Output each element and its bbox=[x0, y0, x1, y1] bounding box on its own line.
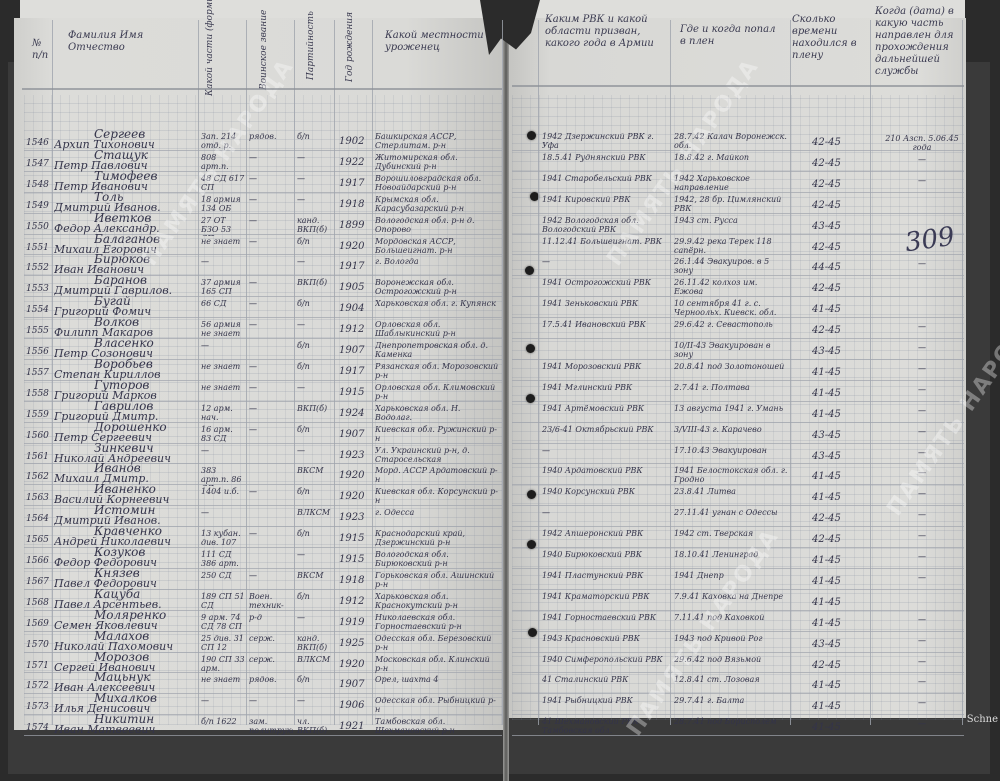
cell-birthplace: Орел, шахта 4 bbox=[375, 675, 499, 695]
column-rule bbox=[52, 20, 53, 725]
cell-drafted: — bbox=[542, 508, 668, 528]
cell-party: б/п bbox=[297, 675, 333, 695]
binding-hole bbox=[528, 628, 537, 637]
cell-captivity: 44-45 bbox=[812, 262, 870, 273]
cell-captured: 1942 Харьковское направление bbox=[674, 174, 788, 194]
binding-hole bbox=[525, 266, 534, 275]
cell-party: б/п bbox=[297, 237, 333, 257]
cell-note: 210 Азсп. 5.06.45 года bbox=[882, 134, 962, 152]
cell-birthplace: Краснодарский край, Дзержинский р-н bbox=[375, 529, 499, 549]
cell-captivity: 41-45 bbox=[812, 492, 870, 503]
cell-birthplace: Житомирская обл. Дубинский р-н bbox=[375, 153, 499, 173]
cell-drafted: 23/6-41 Октябрьский РВК bbox=[542, 425, 668, 445]
cell-rank bbox=[249, 550, 293, 570]
cell-captivity: 42-45 bbox=[812, 325, 870, 336]
cell-unit: 13 кубан. див. 107 кав.п. bbox=[201, 529, 245, 549]
row-number: 1557 bbox=[26, 368, 54, 378]
cell-note: — bbox=[882, 259, 962, 277]
cell-party: канд. ВКП(б) bbox=[297, 634, 333, 654]
cell-note: — bbox=[882, 364, 962, 382]
cell-party: — bbox=[297, 153, 333, 173]
column-rule bbox=[962, 20, 963, 725]
column-header-note: Когда (дата) в какую часть направлен для… bbox=[875, 6, 961, 78]
cell-rank: — bbox=[249, 195, 293, 215]
cell-captivity: 42-45 bbox=[812, 513, 870, 524]
cell-note: — bbox=[882, 657, 962, 675]
cell-rank: р-д bbox=[249, 613, 293, 633]
cell-party: — bbox=[297, 696, 333, 716]
cell-rank: серж. bbox=[249, 655, 293, 675]
column-header-captured: Где и когда попал в плен bbox=[680, 24, 780, 48]
cell-drafted: 1941 Морозовский РВК bbox=[542, 362, 668, 382]
cell-birthplace: г. Одесса bbox=[375, 508, 499, 528]
cell-rank bbox=[249, 341, 293, 361]
cell-unit: не знает bbox=[201, 675, 245, 695]
cell-captivity: 41-45 bbox=[812, 680, 870, 691]
cell-party: б/п bbox=[297, 529, 333, 549]
row-number: 1567 bbox=[26, 577, 54, 587]
cell-captured: 23.8.41 Литва bbox=[674, 487, 788, 507]
cell-rank: — bbox=[249, 299, 293, 319]
cell-rank: — bbox=[249, 425, 293, 445]
corner-label: Schne bbox=[967, 714, 998, 725]
cell-drafted: 1940 Бирюковский РВК bbox=[542, 550, 668, 570]
cell-captured: 1941 Белостокская обл. г. Гродно bbox=[674, 466, 788, 486]
cell-birthplace: Башкирская АССР, Стерлитам. р-н bbox=[375, 132, 499, 152]
cell-unit: 1404 и.б. bbox=[201, 487, 245, 507]
cell-captured: 29.6.42 г. Севастополь bbox=[674, 320, 788, 340]
cell-captivity: 43-45 bbox=[812, 346, 870, 357]
cell-note: — bbox=[882, 385, 962, 403]
cell-party: — bbox=[297, 320, 333, 340]
row-number: 1551 bbox=[26, 243, 54, 253]
row-number: 1546 bbox=[26, 138, 54, 148]
binding-hole bbox=[527, 490, 536, 499]
cell-captured: 27.11.41 угнан с Одессы bbox=[674, 508, 788, 528]
cell-unit: 66 СД bbox=[201, 299, 245, 319]
cell-unit: 383 арт.п. 86 СД bbox=[201, 466, 245, 486]
cell-party: ВКП(б) bbox=[297, 278, 333, 298]
cell-captured: 17.10.43 Эвакуирован bbox=[674, 446, 788, 466]
cell-drafted: 17.5.41 Ивановский РВК bbox=[542, 320, 668, 340]
cell-rank: рядов. bbox=[249, 132, 293, 152]
column-header-drafted: Каким РВК и какой области призван, каког… bbox=[545, 14, 665, 50]
cell-captivity: 42-45 bbox=[812, 200, 870, 211]
cell-captured: 26.11.42 колхоз им. Ежова bbox=[674, 278, 788, 298]
cell-party: б/п bbox=[297, 487, 333, 507]
row-number: 1555 bbox=[26, 326, 54, 336]
cell-unit: 9 арм. 74 СД 78 СП bbox=[201, 613, 245, 633]
cell-unit: б/п 1622 bbox=[201, 717, 245, 737]
cell-captured: 12.8.41 ст. Лозовая bbox=[674, 675, 788, 695]
cell-note bbox=[882, 301, 962, 319]
cell-birthplace: Мордовская АССР, Большеигнат. р-н bbox=[375, 237, 499, 257]
cell-unit: — bbox=[201, 508, 245, 528]
cell-captivity: 43-45 bbox=[812, 221, 870, 232]
cell-drafted: 1941 Зеньковский РВК bbox=[542, 299, 668, 319]
cell-captivity: 41-45 bbox=[812, 388, 870, 399]
cell-note: — bbox=[882, 698, 962, 716]
cell-unit: 37 армия 165 СП bbox=[201, 278, 245, 298]
cell-birthplace: Киевская обл. Ружинский р-н bbox=[375, 425, 499, 445]
cell-party: — bbox=[297, 383, 333, 403]
cell-unit: — bbox=[201, 257, 245, 277]
cell-captivity: 41-45 bbox=[812, 471, 870, 482]
row-number: 1574 bbox=[26, 723, 54, 733]
cell-note: — bbox=[882, 531, 962, 549]
cell-drafted: 1942 Дзержинский РВК г. Уфа bbox=[542, 132, 668, 152]
cell-note bbox=[882, 594, 962, 612]
cell-drafted: 18.5.41 Руднянский РВК bbox=[542, 153, 668, 173]
row-number: 1572 bbox=[26, 681, 54, 691]
cell-captivity: 42-45 bbox=[812, 660, 870, 671]
column-rule bbox=[870, 20, 871, 725]
cell-captivity: 43-45 bbox=[812, 451, 870, 462]
cell-captivity: 43-45 bbox=[812, 639, 870, 650]
cell-party: — bbox=[297, 613, 333, 633]
header-rule bbox=[512, 85, 964, 87]
cell-captured: 13 августа 1941 г. Умань bbox=[674, 404, 788, 424]
column-header-party: Партийность bbox=[305, 11, 317, 80]
column-rule bbox=[670, 20, 671, 725]
given-name-patronymic: Иван Матвеевич bbox=[54, 723, 199, 736]
cell-drafted: 1940 Ардатовский РВК bbox=[542, 466, 668, 486]
column-rule bbox=[502, 20, 503, 725]
row-number: 1548 bbox=[26, 180, 54, 190]
cell-captivity: 41-45 bbox=[812, 367, 870, 378]
cell-party: б/п bbox=[297, 132, 333, 152]
cell-rank bbox=[249, 446, 293, 466]
row-number: 1559 bbox=[26, 410, 54, 420]
cell-captured: 2.7.41 г. Полтава bbox=[674, 383, 788, 403]
cell-rank: серж. bbox=[249, 634, 293, 654]
cell-unit: 189 СП 51 СД bbox=[201, 592, 245, 612]
cell-party: ВЛКСМ bbox=[297, 508, 333, 528]
cell-unit: 12 арм. нач. bbox=[201, 404, 245, 424]
cell-drafted: 1941 Горностаевский РВК bbox=[542, 613, 668, 633]
cell-birthplace: Морд. АССР Ардатовский р-н bbox=[375, 466, 499, 486]
cell-birthplace: Московская обл. Клинский р-н bbox=[375, 655, 499, 675]
cell-captured: 1942, 28 бр. Цимлянский РВК bbox=[674, 195, 788, 215]
row-number: 1568 bbox=[26, 598, 54, 608]
row-number: 1556 bbox=[26, 347, 54, 357]
cell-unit: 27 ОТ БЗО 53 СП bbox=[201, 216, 245, 236]
cell-unit: 56 армия не знает bbox=[201, 320, 245, 340]
cell-birthplace: Киевская обл. Корсунский р-н bbox=[375, 487, 499, 507]
cell-captivity: 41-45 bbox=[812, 304, 870, 315]
cell-party: б/п bbox=[297, 362, 333, 382]
cell-rank: Воен. техник-груп. bbox=[249, 592, 293, 612]
cell-rank: — bbox=[249, 237, 293, 257]
cell-drafted: 1942 Апшеронский РВК bbox=[542, 529, 668, 549]
cell-party: — bbox=[297, 446, 333, 466]
column-rule bbox=[790, 20, 791, 725]
cell-drafted: 1940 Корсунский РВК bbox=[542, 487, 668, 507]
cell-party: б/п bbox=[297, 425, 333, 445]
cell-captured: 3/VIII-43 г. Карачево bbox=[674, 425, 788, 445]
cell-unit: — bbox=[201, 341, 245, 361]
cell-captured: 20.8.41 под Золотоношей bbox=[674, 362, 788, 382]
cell-note: — bbox=[882, 322, 962, 340]
cell-unit: не знает bbox=[201, 383, 245, 403]
cell-drafted: 1940 Симферопольский РВК bbox=[542, 655, 668, 675]
cell-birthplace: Одесская обл. Рыбницкий р-н bbox=[375, 696, 499, 716]
cell-note bbox=[882, 197, 962, 215]
cell-captivity: 42-45 bbox=[812, 534, 870, 545]
cell-captivity: 41-45 bbox=[812, 701, 870, 712]
cell-drafted: 1943 Красновский РВК bbox=[542, 634, 668, 654]
row-number: 1550 bbox=[26, 222, 54, 232]
row-number: 1547 bbox=[26, 159, 54, 169]
cell-drafted: 1941 Краматорский РВК bbox=[542, 592, 668, 612]
column-header-captivity: Сколько времени находился в плену bbox=[792, 14, 868, 62]
row-number: 1563 bbox=[26, 493, 54, 503]
cell-captured: 26.1.44 Эвакуиров. в 5 зону bbox=[674, 257, 788, 277]
cell-rank: — bbox=[249, 278, 293, 298]
column-header-birth_year: Год рождения bbox=[344, 12, 356, 82]
cell-unit: — bbox=[201, 446, 245, 466]
binding-hole bbox=[526, 394, 535, 403]
cell-note: — bbox=[882, 636, 962, 654]
cell-party: б/п bbox=[297, 592, 333, 612]
cell-rank bbox=[249, 466, 293, 486]
cell-captivity: 41-45 bbox=[812, 597, 870, 608]
cell-drafted bbox=[542, 341, 668, 361]
cell-party: б/п bbox=[297, 299, 333, 319]
cell-rank: — bbox=[249, 383, 293, 403]
cell-captivity: 42-45 bbox=[812, 179, 870, 190]
cell-party: ВКСМ bbox=[297, 571, 333, 591]
cell-captured: 29.9.42 река Терек 118 сапёрн. bbox=[674, 237, 788, 257]
cell-rank: рядов. bbox=[249, 675, 293, 695]
cell-unit: 250 СД bbox=[201, 571, 245, 591]
row-number: 1569 bbox=[26, 619, 54, 629]
cell-captivity: 41-45 bbox=[812, 555, 870, 566]
cell-note: — bbox=[882, 176, 962, 194]
row-number: 1565 bbox=[26, 535, 54, 545]
row-number: 1566 bbox=[26, 556, 54, 566]
cell-note: — bbox=[882, 677, 962, 695]
cell-captivity: 42-45 bbox=[812, 158, 870, 169]
cell-unit: не знает bbox=[201, 237, 245, 257]
row-number: 1549 bbox=[26, 201, 54, 211]
cell-rank: зам. политрука bbox=[249, 717, 293, 737]
cell-drafted: 1941 Пластунский РВК bbox=[542, 571, 668, 591]
cell-rank: — bbox=[249, 174, 293, 194]
row-number: 1552 bbox=[26, 263, 54, 273]
cell-birthplace: Крымская обл. Карасубазарский р-н bbox=[375, 195, 499, 215]
cell-unit: 25 див. 31 СП 12 стр. bbox=[201, 634, 245, 654]
row-number: 1558 bbox=[26, 389, 54, 399]
cell-drafted: 1941 Артёмовский РВК bbox=[542, 404, 668, 424]
cell-birthplace: Орловская обл. Шаблыкинский р-н bbox=[375, 320, 499, 340]
cell-party: канд. ВКП(б) bbox=[297, 216, 333, 236]
cell-captured: 10 сентября 41 г. с. Черноольх. Киевск. … bbox=[674, 299, 788, 319]
cell-party: б/п bbox=[297, 341, 333, 361]
cell-birthplace: Рязанская обл. Морозовский р-н bbox=[375, 362, 499, 382]
column-rule bbox=[246, 20, 247, 725]
column-rule bbox=[198, 20, 199, 725]
column-rule bbox=[294, 20, 295, 725]
cell-party: — bbox=[297, 257, 333, 277]
cell-rank: — bbox=[249, 362, 293, 382]
cell-note: — bbox=[882, 552, 962, 570]
row-number: 1571 bbox=[26, 661, 54, 671]
cell-party: ВЛКСМ bbox=[297, 655, 333, 675]
cell-party: — bbox=[297, 195, 333, 215]
cell-captivity: 41-45 bbox=[812, 722, 870, 733]
binding-hole bbox=[526, 344, 535, 353]
cell-captured: 10/II-43 Эвакуирован в зону bbox=[674, 341, 788, 361]
cell-captured: 29.7.41 г. Балта bbox=[674, 696, 788, 716]
cell-note: — bbox=[882, 573, 962, 591]
cell-captured: 1943 ст. Русса bbox=[674, 216, 788, 236]
book-spine-fold bbox=[503, 0, 509, 781]
cell-birthplace: Николаевская обл. Горностаевский р-н bbox=[375, 613, 499, 633]
cell-rank: — bbox=[249, 153, 293, 173]
cell-birthplace: Харьковская обл. г. Купянск bbox=[375, 299, 499, 319]
cell-birthplace: Воронежская обл. Острогожский р-н bbox=[375, 278, 499, 298]
row-number: 1564 bbox=[26, 514, 54, 524]
cell-unit: — bbox=[201, 696, 245, 716]
cell-rank bbox=[249, 257, 293, 277]
cell-unit: не знает bbox=[201, 362, 245, 382]
cell-captivity: 41-45 bbox=[812, 576, 870, 587]
cell-note: — bbox=[882, 615, 962, 633]
cell-captivity: 41-45 bbox=[812, 409, 870, 420]
cell-drafted: 1941 Мглинский РВК bbox=[542, 383, 668, 403]
cell-captivity: 42-45 bbox=[812, 283, 870, 294]
cell-birthplace: г. Вологда bbox=[375, 257, 499, 277]
cell-birthplace: Ул. Украинский р-н, д. Старосельская bbox=[375, 446, 499, 466]
header-rule bbox=[22, 88, 502, 90]
row-number: 1554 bbox=[26, 305, 54, 315]
cell-birthplace: Харьковская обл. Н. Водолаг. bbox=[375, 404, 499, 424]
cell-note bbox=[882, 280, 962, 298]
cell-captivity: 42-45 bbox=[812, 137, 870, 148]
cell-note: — bbox=[882, 343, 962, 361]
cell-birthplace: Одесская обл. Березовский р-н bbox=[375, 634, 499, 654]
cell-note: — bbox=[882, 155, 962, 173]
cell-drafted: — bbox=[542, 257, 668, 277]
cell-captivity: 43-45 bbox=[812, 430, 870, 441]
cell-birthplace: Тамбовская обл. Шехмановский р-н bbox=[375, 717, 499, 737]
cell-party: ВКСМ bbox=[297, 466, 333, 486]
cell-birthplace: Днепропетровская обл. д. Каменка bbox=[375, 341, 499, 361]
cell-captured: 28.7.41 под Борисполем bbox=[674, 717, 788, 737]
cell-rank: — bbox=[249, 216, 293, 236]
cell-party: — bbox=[297, 550, 333, 570]
cell-party: ВКП(б) bbox=[297, 404, 333, 424]
column-rule bbox=[334, 20, 335, 725]
binding-hole bbox=[527, 131, 536, 140]
cell-rank: — bbox=[249, 487, 293, 507]
row-number: 1560 bbox=[26, 431, 54, 441]
cell-rank bbox=[249, 508, 293, 528]
cell-drafted: 1941 Острогожский РВК bbox=[542, 278, 668, 298]
column-rule bbox=[538, 20, 539, 725]
cell-note: — bbox=[882, 719, 962, 737]
cell-birthplace: Ворошиловградская обл. Новоайдарский р-н bbox=[375, 174, 499, 194]
cell-birthplace: Вологодская обл. Бирюковский р-н bbox=[375, 550, 499, 570]
cell-rank: — bbox=[249, 320, 293, 340]
column-header-num: № п/п bbox=[32, 38, 52, 62]
cell-birthplace: Харьковская обл. Краснокутский р-н bbox=[375, 592, 499, 612]
column-header-unit: Какой части (формирования) служил, № пол… bbox=[204, 0, 216, 96]
cell-rank: — bbox=[249, 404, 293, 424]
row-number: 1553 bbox=[26, 284, 54, 294]
column-rule bbox=[372, 20, 373, 725]
row-number: 1570 bbox=[26, 640, 54, 650]
column-header-birthplace: Какой местности уроженец bbox=[385, 30, 495, 54]
cell-unit: 190 СП 33 арм. bbox=[201, 655, 245, 675]
cell-unit: 111 СД 386 арт. bbox=[201, 550, 245, 570]
cell-rank: — bbox=[249, 696, 293, 716]
row-number: 1562 bbox=[26, 472, 54, 482]
cell-unit: 16 арм. 83 СД bbox=[201, 425, 245, 445]
binding-hole bbox=[527, 540, 536, 549]
cell-birthplace: Орловская обл. Климовский р-н bbox=[375, 383, 499, 403]
column-header-name: Фамилия Имя Отчество bbox=[68, 30, 188, 54]
cell-birthplace: Вологодская обл. р-н д. Опорово bbox=[375, 216, 499, 236]
cell-rank: — bbox=[249, 529, 293, 549]
row-number: 1561 bbox=[26, 452, 54, 462]
cell-party: — bbox=[297, 174, 333, 194]
cell-rank: — bbox=[249, 571, 293, 591]
cell-captivity: 41-45 bbox=[812, 618, 870, 629]
cell-birthplace: Горьковская обл. Ашинский р-н bbox=[375, 571, 499, 591]
row-number: 1573 bbox=[26, 702, 54, 712]
cell-party: чл. ВКП(б) bbox=[297, 717, 333, 737]
cell-drafted: — bbox=[542, 446, 668, 466]
cell-captivity: 42-45 bbox=[812, 242, 870, 253]
